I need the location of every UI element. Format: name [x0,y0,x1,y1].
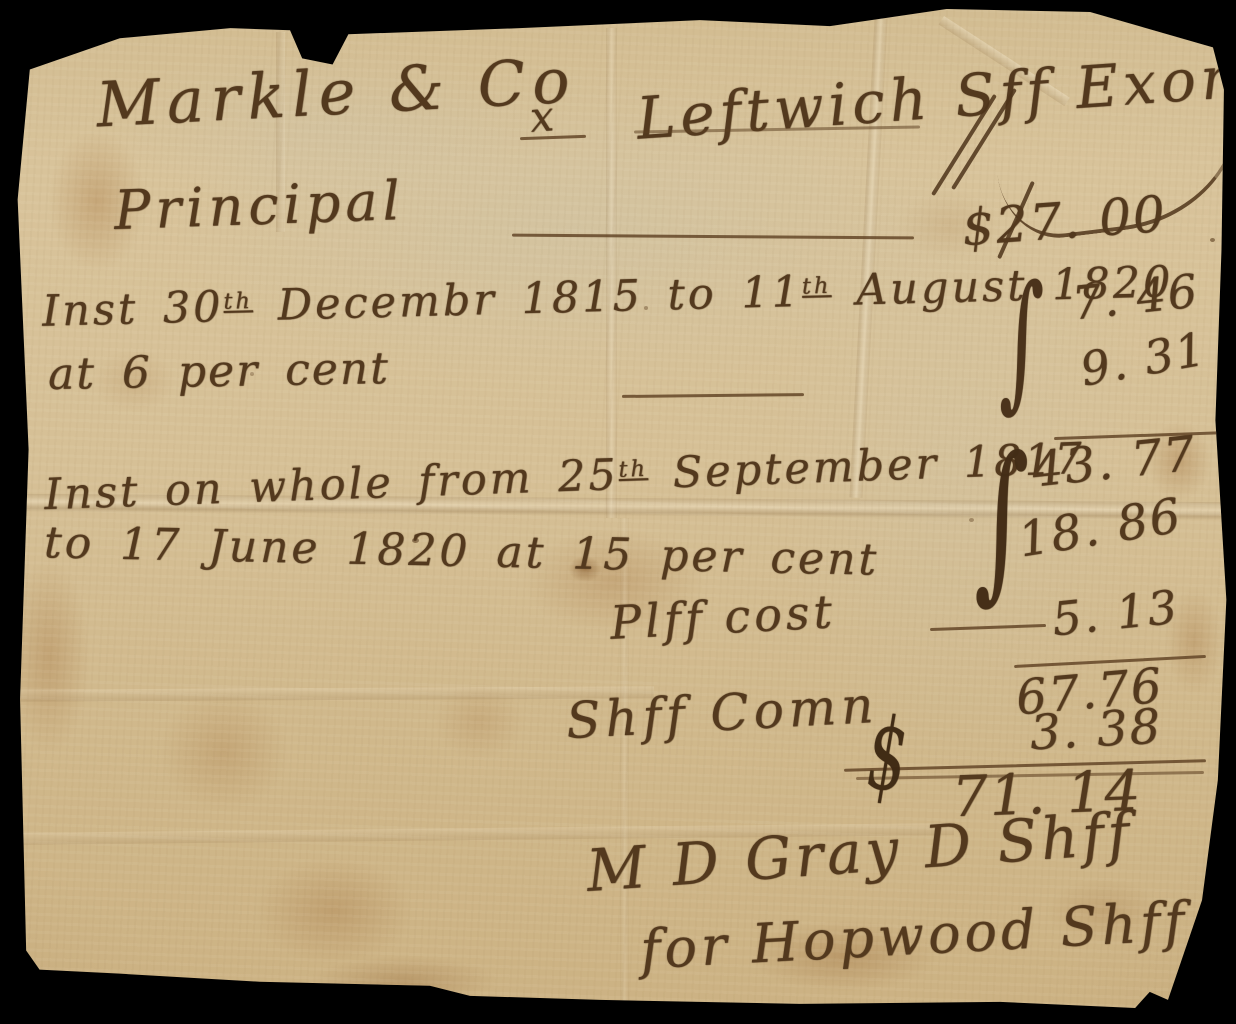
interest2-amount-bottom: 18. 86 [1015,487,1186,568]
interest1-text-a: Inst 30 [42,282,225,337]
interest1-text-b: Decembr 1815 to 11 [252,267,802,331]
stain [224,836,444,986]
principal-label: Principal [113,169,406,242]
interest2-text-a: Inst on whole from 25 [43,450,619,520]
interest2-superscript: th [618,456,648,483]
cost-amount: 5. 13 [1050,580,1182,647]
stain [134,666,314,836]
interest2-rate: to 17 June 1820 at 15 per cent [44,517,880,585]
interest1-superscript-b: th [802,273,832,300]
interest1-rate: at 6 per cent [48,343,391,400]
case-defendant: Leftwich Sff Exor [634,43,1235,153]
brace-stroke: ∫ [999,252,1046,429]
principal-amount: $27. 00 [960,185,1168,257]
interest1-superscript-a: th [223,288,253,315]
ink-dash-line [512,234,914,239]
ink-dash-line [930,624,1046,631]
ink-speck [969,518,974,522]
commission-label: Shff Comn [565,676,880,750]
signature-deputy-sheriff: M D Gray D Shff [584,799,1135,905]
interest2-dates: Inst on whole from 25th September 1817 [43,434,1085,520]
document-paper: Markle & Co x Leftwich Sff Exor Principa… [14,6,1230,1014]
fold-crease [14,686,654,701]
ink-speck [1210,238,1215,242]
ink-dash-line [622,393,804,397]
total-dollar-sign: $ [865,694,911,815]
fold-crease [620,518,629,1014]
versus-mark: x [528,91,557,142]
stain [274,946,534,1016]
commission-amount: 3. 38 [1029,699,1164,762]
cost-label: Plff cost [609,584,837,650]
case-plaintiff: Markle & Co [94,43,578,141]
interest1-amount-bottom: 9. 31 [1076,321,1210,396]
stain [414,666,544,776]
scan-background: { "colors": { "background": "#000000", "… [0,0,1236,1024]
signature-for-sheriff: for Hopwood Shff [639,890,1190,982]
